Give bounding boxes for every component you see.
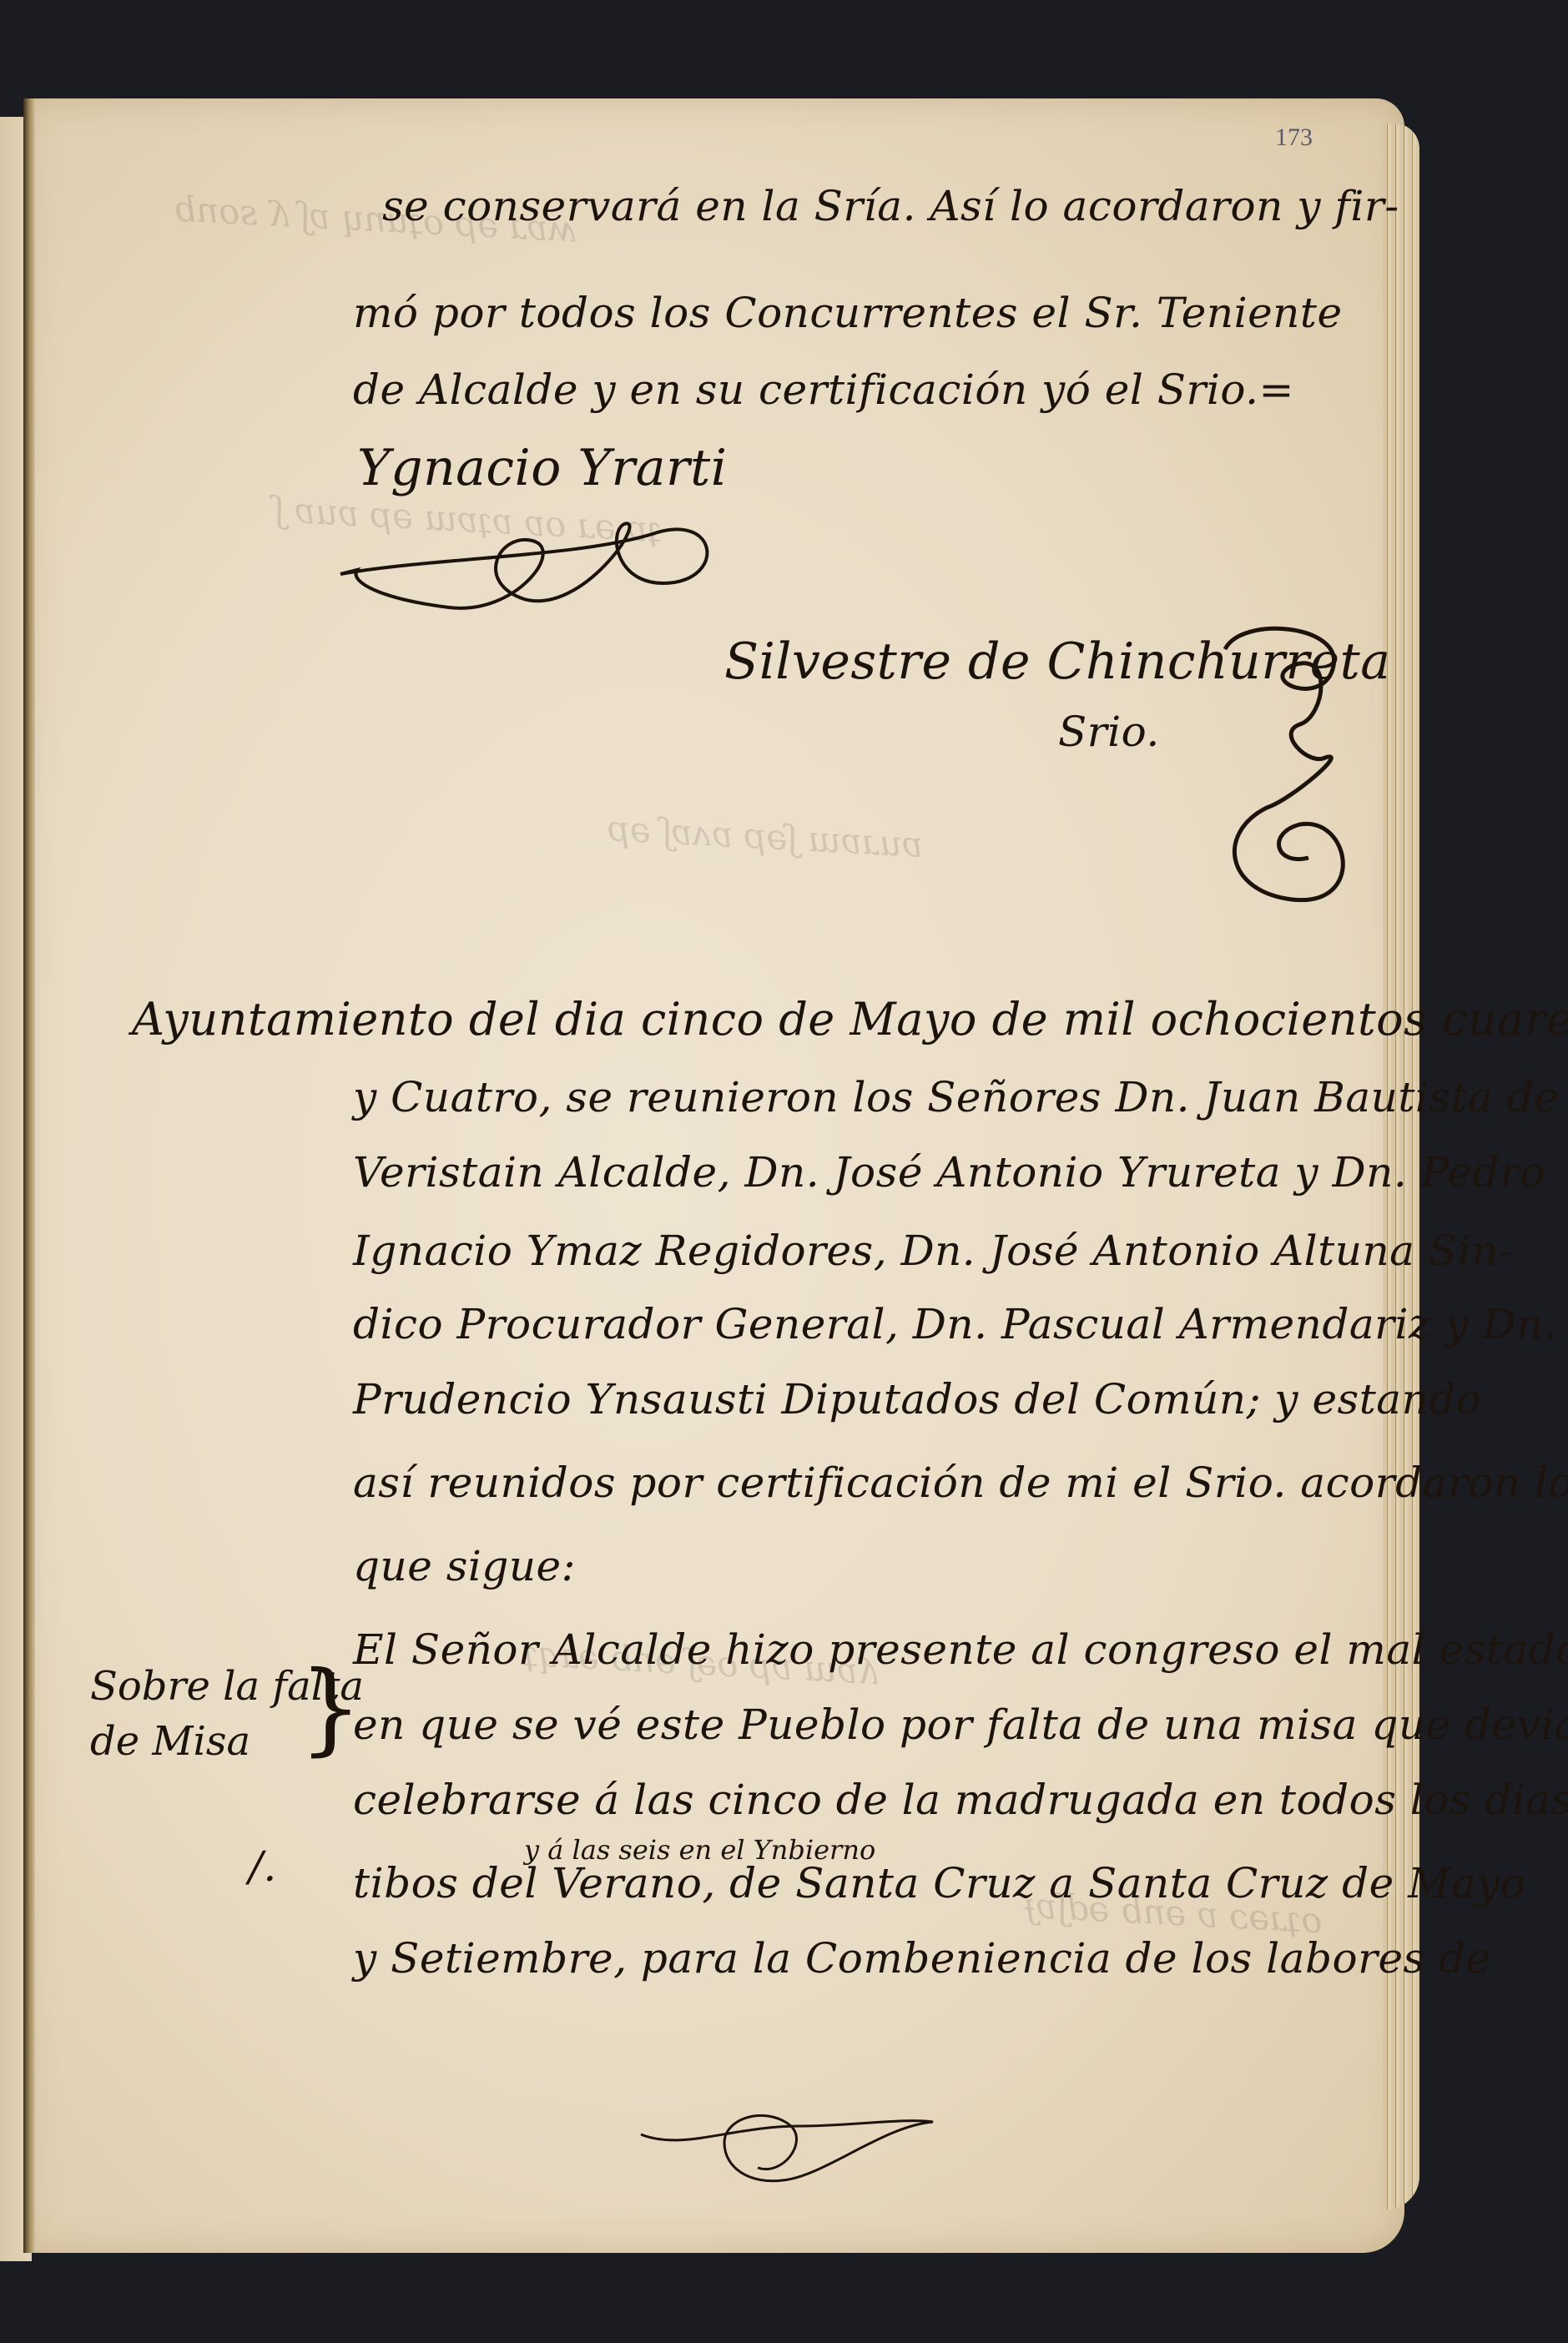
bleed-through-text: ɐuɹɐɯ ʃǝp ɐʌɐʃ ǝp bbox=[607, 808, 924, 865]
text-line: y Setiembre, para la Combeniencia de los… bbox=[353, 1934, 1491, 1983]
text-line: dico Procurador General, Dn. Pascual Arm… bbox=[353, 1300, 1557, 1348]
text-line: se conservará en la Sría. Así lo acordar… bbox=[382, 182, 1399, 230]
text-line: El Señor Alcalde hizo presente al congre… bbox=[353, 1625, 1568, 1674]
margin-brace: } bbox=[299, 1650, 362, 1766]
binding-gutter bbox=[23, 98, 35, 2253]
text-line: celebrarse á las cinco de la madrugada e… bbox=[353, 1776, 1568, 1824]
text-line: y Cuatro, se reunieron los Señores Dn. J… bbox=[353, 1073, 1559, 1121]
folio-number: 173 bbox=[1275, 123, 1313, 152]
text-line: en que se vé este Pueblo por falta de un… bbox=[353, 1701, 1568, 1749]
signature-yrarti: Ygnacio Yrarti bbox=[357, 439, 727, 497]
text-line: Ayuntamiento del dia cinco de Mayo de mi… bbox=[132, 993, 1568, 1046]
text-line: Ignacio Ymaz Regidores, Dn. José Antonio… bbox=[353, 1227, 1513, 1275]
bottom-rubric bbox=[633, 2101, 950, 2201]
text-line: Prudencio Ynsausti Diputados del Común; … bbox=[353, 1375, 1481, 1423]
text-line: tibos del Verano, de Santa Cruz a Santa … bbox=[353, 1859, 1526, 1907]
signature-rubric bbox=[1208, 616, 1392, 916]
signature-title: Srio. bbox=[1058, 708, 1160, 756]
text-line: así reunidos por certificación de mi el … bbox=[353, 1459, 1568, 1507]
text-line: que sigue: bbox=[353, 1542, 576, 1590]
text-line: Veristain Alcalde, Dn. José Antonio Yrur… bbox=[353, 1148, 1545, 1197]
signature-rubric bbox=[332, 499, 766, 632]
manuscript-page: ʍɐɹ ǝp oʇunɥ ɐʃ ʎ sonb ʇɐ ǝɹ oɐ ɐʇɐɯ ǝp … bbox=[23, 98, 1404, 2253]
text-line: de Alcalde y en su certificación yó el S… bbox=[353, 365, 1294, 414]
text-line: mó por todos los Concurrentes el Sr. Ten… bbox=[353, 289, 1343, 337]
margin-mark: /. bbox=[249, 1842, 277, 1891]
